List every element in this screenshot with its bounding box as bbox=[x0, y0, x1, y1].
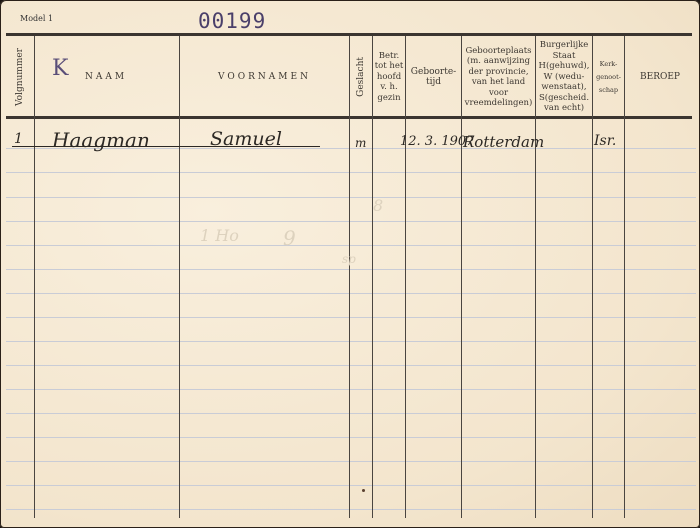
column-divider bbox=[34, 36, 35, 518]
header-geboorteplaats-label: Geboorteplaats (m. aanwijzing der provin… bbox=[462, 46, 535, 109]
header-kerkgenootschap: Kerk-genoot-schap bbox=[593, 38, 624, 116]
header-beroep: BEROEP bbox=[625, 38, 695, 116]
faint-pencil-mark: 9 bbox=[283, 226, 296, 250]
header-voornamen-label: VOORNAMEN bbox=[218, 72, 311, 83]
header-naam: NAAM bbox=[86, 38, 126, 116]
header-burgerlijke-staat: Burgerlijke Staat H(gehuwd), W (wedu-wen… bbox=[536, 38, 592, 116]
model-label: Model 1 bbox=[20, 14, 53, 23]
row-geslacht: m bbox=[355, 136, 366, 150]
header-voornamen: VOORNAMEN bbox=[180, 38, 349, 116]
faint-pencil-mark: 8 bbox=[373, 196, 383, 215]
header-burgerlijke-staat-label: Burgerlijke Staat H(gehuwd), W (wedu-wen… bbox=[536, 40, 592, 114]
header-kerkgenootschap-label: Kerk-genoot-schap bbox=[593, 58, 624, 97]
ink-dot bbox=[362, 489, 365, 492]
row-naam: Haagman bbox=[52, 128, 150, 152]
header-geslacht: Geslacht bbox=[350, 38, 372, 116]
header-geslacht-label: Geslacht bbox=[356, 57, 367, 97]
header-betrekking: Betr. tot het hoofd v. h. gezin bbox=[373, 38, 405, 116]
header-geboortetijd-label: Geboorte-tijd bbox=[406, 67, 461, 88]
serial-number-stamp: 00199 bbox=[198, 9, 266, 33]
header-beroep-label: BEROEP bbox=[640, 72, 680, 83]
strikethrough-line bbox=[12, 146, 320, 147]
letter-k-stamp: K bbox=[52, 56, 68, 81]
faint-pencil-mark: 1 Ho bbox=[200, 226, 239, 245]
row-kerkgenootschap: Isr. bbox=[594, 133, 616, 149]
registration-card: Model 1 00199 Volgnummer K NAAM VOORNAME… bbox=[0, 0, 700, 528]
header-geboortetijd: Geboorte-tijd bbox=[406, 38, 461, 116]
header-volgnummer-label: Volgnummer bbox=[15, 48, 26, 106]
header-volgnummer: Volgnummer bbox=[6, 38, 34, 116]
faint-pencil-mark: sp bbox=[342, 252, 356, 266]
row-geboorteplaats: Rotterdam bbox=[463, 133, 544, 151]
header-naam-label: NAAM bbox=[85, 72, 127, 83]
header-betrekking-label: Betr. tot het hoofd v. h. gezin bbox=[373, 51, 405, 104]
header-geboorteplaats: Geboorteplaats (m. aanwijzing der provin… bbox=[462, 38, 535, 116]
row-volgnummer: 1 bbox=[14, 131, 23, 147]
